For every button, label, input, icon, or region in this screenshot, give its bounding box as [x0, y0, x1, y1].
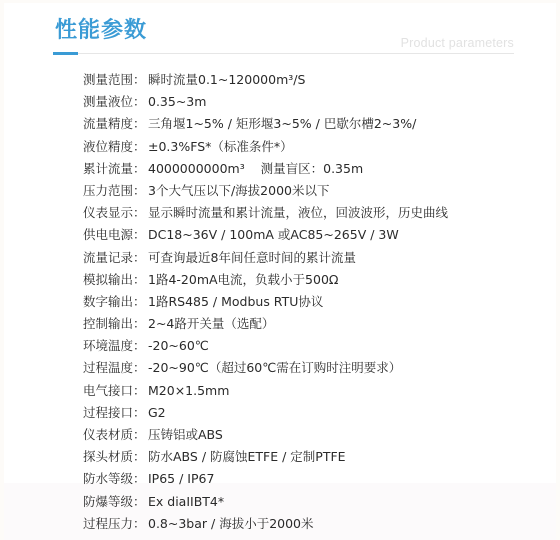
spec-row: 模拟输出：1路4-20mA电流，负载小于500Ω — [83, 269, 523, 291]
spec-value: 1路RS485 / Modbus RTU协议 — [148, 294, 323, 309]
spec-row: 防爆等级：Ex diaIIBT4* — [83, 491, 523, 513]
spec-label: 环境温度： — [83, 335, 148, 357]
spec-row: 累计流量：4000000000m³ 测量盲区：0.35m — [83, 158, 523, 180]
spec-row: 过程接口：G2 — [83, 402, 523, 424]
spec-value: 显示瞬时流量和累计流量，液位，回波波形，历史曲线 — [148, 205, 448, 220]
spec-row: 探头材质：防水ABS / 防腐蚀ETFE / 定制PTFE — [83, 446, 523, 468]
spec-row: 过程温度：-20~90℃（超过60℃需在订购时注明要求） — [83, 357, 523, 379]
spec-label: 仪表显示： — [83, 202, 148, 224]
spec-value: 2~4路开关量（选配） — [148, 316, 274, 331]
spec-label: 供电电源： — [83, 224, 148, 246]
header-divider-accent — [53, 52, 78, 55]
spec-label: 流量精度： — [83, 113, 148, 135]
spec-label: 测量范围： — [83, 69, 148, 91]
spec-label: 测量液位： — [83, 91, 148, 113]
spec-value: 4000000000m³ 测量盲区：0.35m — [148, 161, 363, 176]
spec-label: 过程温度： — [83, 357, 148, 379]
spec-value: 0.8~3bar / 海拔小于2000米 — [148, 516, 314, 531]
spec-label: 流量记录： — [83, 247, 148, 269]
spec-row: 电气接口：M20×1.5mm — [83, 380, 523, 402]
spec-label: 防爆等级： — [83, 491, 148, 513]
spec-row: 测量范围：瞬时流量0.1~120000m³/S — [83, 69, 523, 91]
spec-row: 液位精度：±0.3%FS*（标准条件*） — [83, 136, 523, 158]
spec-value: G2 — [148, 405, 166, 420]
spec-row: 流量精度：三角堰1~5% / 矩形堰3~5% / 巴歇尔槽2~3%/ — [83, 113, 523, 135]
spec-row: 环境温度：-20~60℃ — [83, 335, 523, 357]
spec-row: 仪表显示：显示瞬时流量和累计流量，液位，回波波形，历史曲线 — [83, 202, 523, 224]
spec-value: Ex diaIIBT4* — [148, 494, 224, 509]
spec-label: 防水等级： — [83, 468, 148, 490]
spec-row: 压力范围：3个大气压以下/海拔2000米以下 — [83, 180, 523, 202]
section-title: 性能参数 — [55, 18, 147, 44]
spec-value: 1路4-20mA电流，负载小于500Ω — [148, 272, 338, 287]
spec-value: 3个大气压以下/海拔2000米以下 — [148, 183, 329, 198]
spec-value: M20×1.5mm — [148, 383, 229, 398]
spec-value: -20~60℃ — [148, 338, 209, 353]
spec-row: 流量记录：可查询最近8年间任意时间的累计流量 — [83, 247, 523, 269]
spec-label: 过程接口： — [83, 402, 148, 424]
spec-row: 控制输出：2~4路开关量（选配） — [83, 313, 523, 335]
spec-row: 数字输出：1路RS485 / Modbus RTU协议 — [83, 291, 523, 313]
spec-label: 电气接口： — [83, 380, 148, 402]
spec-value: -20~90℃（超过60℃需在订购时注明要求） — [148, 360, 401, 375]
spec-label: 模拟输出： — [83, 269, 148, 291]
header-divider — [53, 53, 514, 54]
spec-value: IP65 / IP67 — [148, 471, 214, 486]
spec-label: 累计流量： — [83, 158, 148, 180]
spec-row: 供电电源：DC18~36V / 100mA 或AC85~265V / 3W — [83, 224, 523, 246]
spec-value: 压铸铝或ABS — [148, 427, 223, 442]
spec-label: 过程压力： — [83, 513, 148, 535]
spec-label: 液位精度： — [83, 136, 148, 158]
spec-label: 数字输出： — [83, 291, 148, 313]
spec-label: 探头材质： — [83, 446, 148, 468]
section-subtitle: Product parameters — [401, 36, 514, 50]
spec-value: 可查询最近8年间任意时间的累计流量 — [148, 250, 356, 265]
spec-label: 控制输出： — [83, 313, 148, 335]
spec-value: ±0.3%FS*（标准条件*） — [148, 139, 293, 154]
spec-row: 仪表材质：压铸铝或ABS — [83, 424, 523, 446]
spec-row: 测量液位：0.35~3m — [83, 91, 523, 113]
spec-value: DC18~36V / 100mA 或AC85~265V / 3W — [148, 227, 399, 242]
spec-row: 防水等级：IP65 / IP67 — [83, 468, 523, 490]
spec-value: 三角堰1~5% / 矩形堰3~5% / 巴歇尔槽2~3%/ — [148, 116, 416, 131]
spec-value: 0.35~3m — [148, 94, 206, 109]
section-header: 性能参数 Product parameters — [53, 18, 514, 58]
spec-label: 仪表材质： — [83, 424, 148, 446]
spec-list: 测量范围：瞬时流量0.1~120000m³/S测量液位：0.35~3m流量精度：… — [83, 69, 523, 535]
spec-label: 压力范围： — [83, 180, 148, 202]
spec-value: 防水ABS / 防腐蚀ETFE / 定制PTFE — [148, 449, 346, 464]
spec-value: 瞬时流量0.1~120000m³/S — [148, 72, 305, 87]
spec-row: 过程压力：0.8~3bar / 海拔小于2000米 — [83, 513, 523, 535]
